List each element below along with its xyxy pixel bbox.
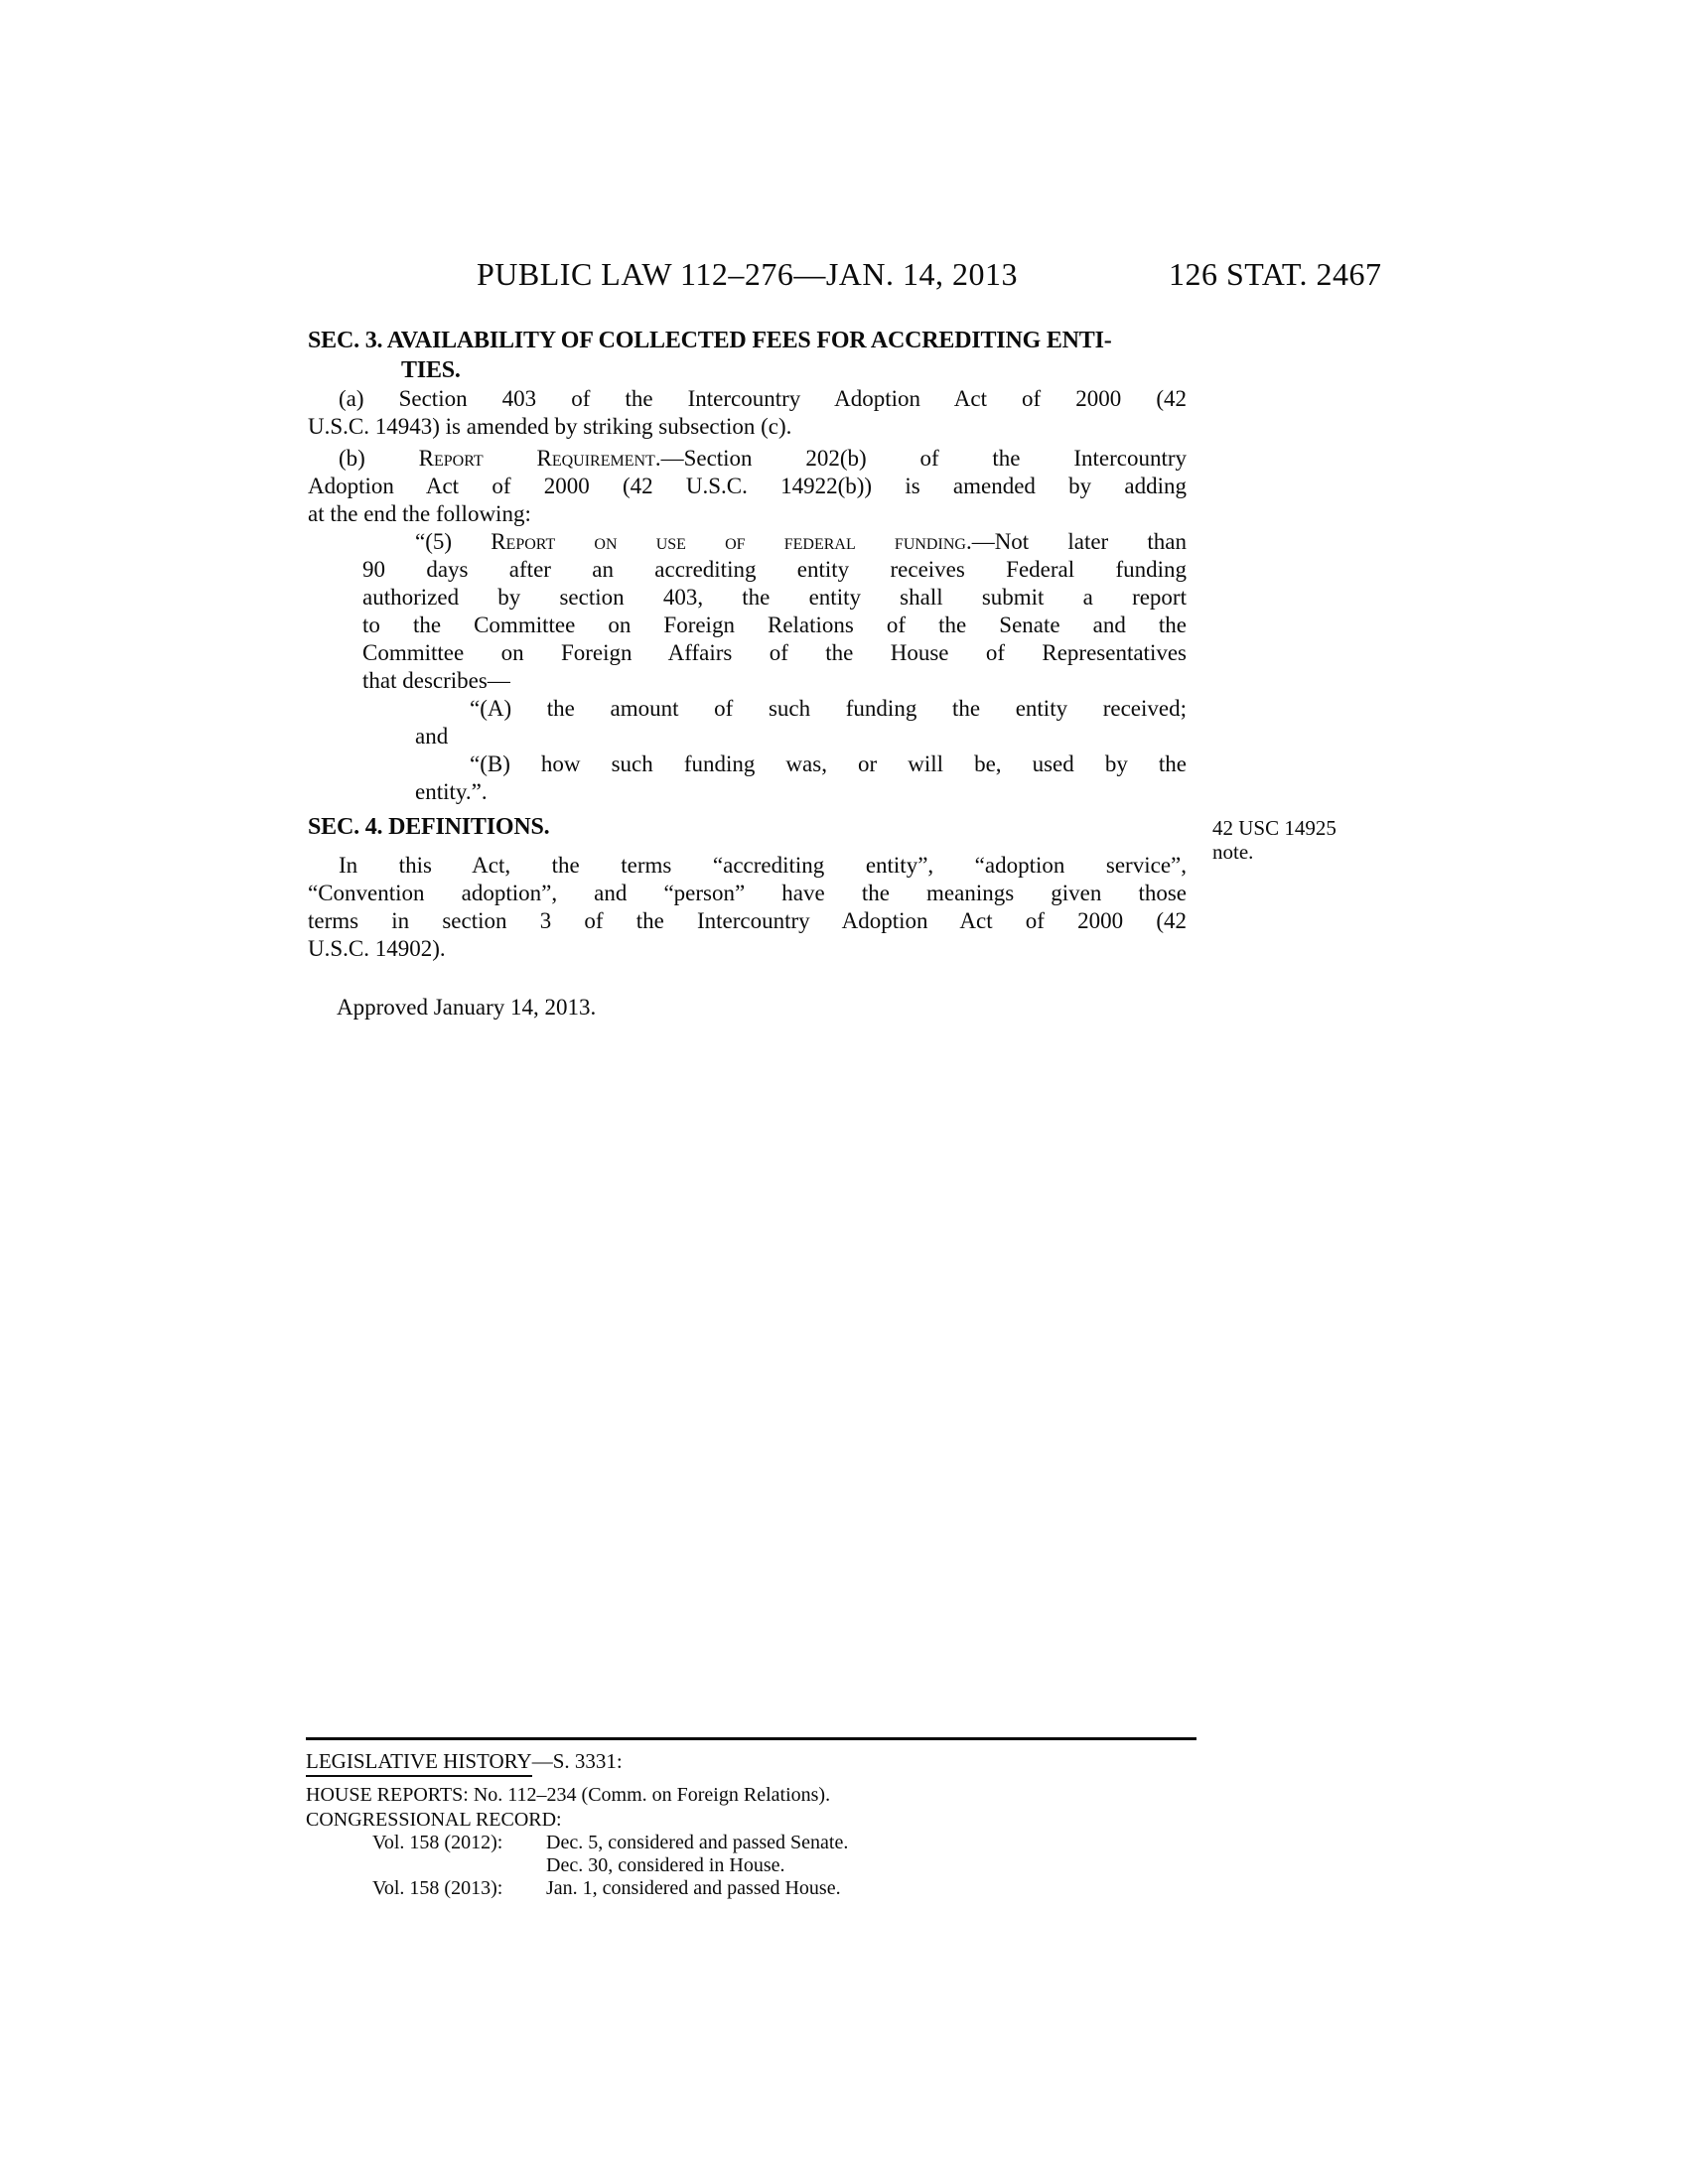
record-event-text: Dec. 5, considered and passed Senate. [546,1832,848,1854]
record-volume-label: Vol. 158 (2012): [372,1832,502,1854]
congressional-record-label: CONGRESSIONAL RECORD: [306,1809,562,1832]
page-header-law-title: PUBLIC LAW 112–276—JAN. 14, 2013 [308,256,1187,293]
sec3-paragraph-a: (a) Section 403 of the Intercountry Adop… [308,385,1187,441]
page-header-stat-number: 126 STAT. 2467 [1169,256,1382,293]
approved-line: Approved January 14, 2013. [337,995,596,1021]
sec3-heading-line2: TIES. [401,357,461,384]
sec3-paragraph-5: “(5) Report on use of federal funding.—N… [362,528,1187,695]
record-row: Vol. 158 (2013): Jan. 1, considered and … [0,1877,1688,1901]
sec4-paragraph: In this Act, the terms “accrediting enti… [308,852,1187,963]
legislative-history-rule [306,1737,1196,1740]
record-row: Dec. 30, considered in House. [0,1854,1688,1878]
sec4-margin-note: 42 USC 14925 note. [1212,816,1371,864]
house-reports-line: HOUSE REPORTS: No. 112–234 (Comm. on For… [306,1784,830,1807]
record-event-text: Jan. 1, considered and passed House. [546,1877,841,1900]
sec3-subparagraph-B: “(B) how such funding was, or will be, u… [415,751,1187,806]
record-row: Vol. 158 (2012): Dec. 5, considered and … [0,1832,1688,1855]
legislative-history-title-underlined: LEGISLATIVE HISTORY [306,1749,532,1777]
sec3-heading-line1: SEC. 3. AVAILABILITY OF COLLECTED FEES F… [308,328,1112,354]
sec4-heading: SEC. 4. DEFINITIONS. [308,814,549,841]
record-event-text: Dec. 30, considered in House. [546,1854,785,1877]
sec3-subparagraph-A: “(A) the amount of such funding the enti… [415,695,1187,751]
document-page: PUBLIC LAW 112–276—JAN. 14, 2013 126 STA… [0,0,1688,2184]
legislative-history-title: LEGISLATIVE HISTORY—S. 3331: [306,1749,623,1777]
legislative-history-title-rest: —S. 3331: [532,1749,623,1773]
record-volume-label: Vol. 158 (2013): [372,1877,502,1900]
sec3-paragraph-b: (b) Report Requirement.—Section 202(b) o… [308,445,1187,528]
